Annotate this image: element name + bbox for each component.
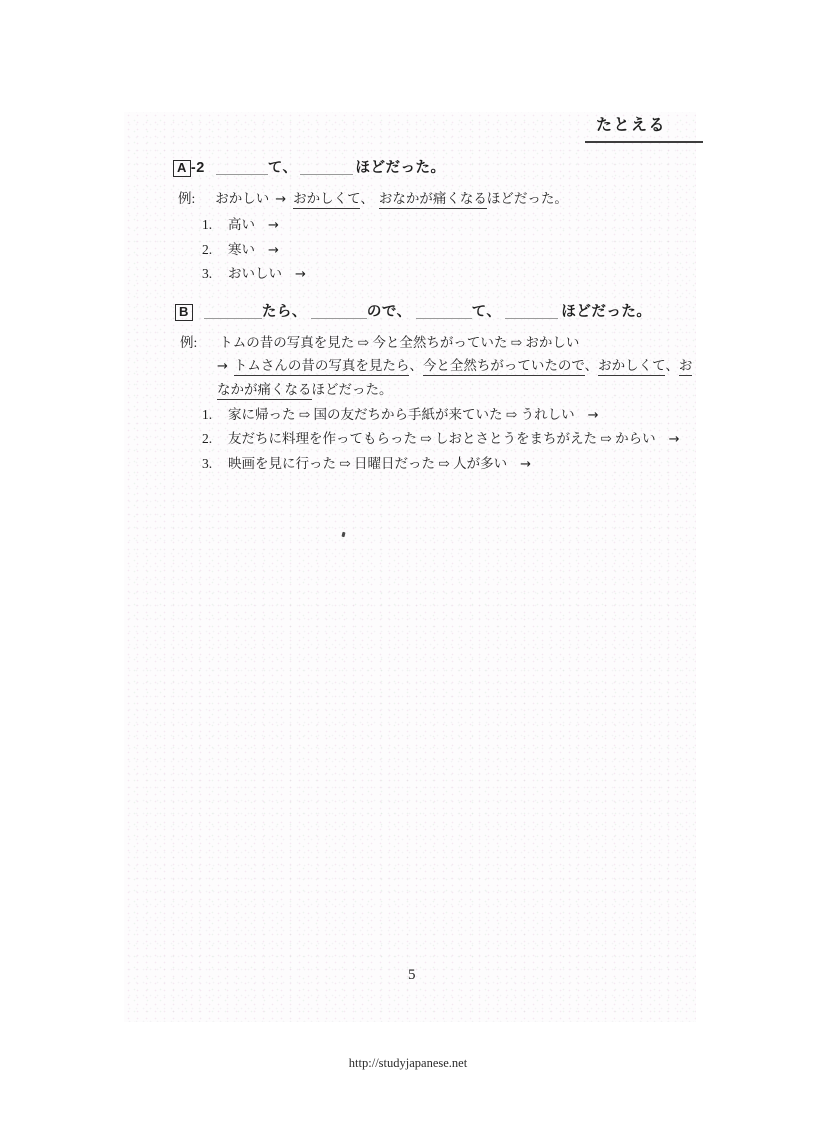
- page-number: 5: [408, 966, 416, 985]
- comma: 、: [409, 358, 423, 373]
- example-label: 例:: [180, 335, 197, 350]
- item-number: 2.: [202, 431, 214, 448]
- fill-in-blank: [216, 160, 268, 175]
- comma: 、: [585, 358, 599, 373]
- pattern-text: て、: [268, 160, 298, 176]
- item-text: 家に帰った ⇨ 国の友だちから手紙が来ていた ⇨ うれしい: [228, 407, 575, 422]
- example-answer-part: おかしくて: [293, 191, 360, 209]
- page-header: たとえる: [585, 114, 703, 143]
- document-page: たとえる A-2て、ほどだった。 例:おかしい→おかしくて、おなかが痛くなるほど…: [0, 0, 816, 1123]
- section-b-pattern-line: Bたら、ので、て、ほどだった。: [175, 303, 651, 321]
- comma: 、: [360, 191, 374, 206]
- fill-in-blank: [505, 304, 558, 319]
- pattern-text: ほどだった。: [561, 304, 651, 320]
- example-answer-part: おなかが痛くなる: [379, 191, 487, 209]
- example-answer-part: トムさんの昔の写真を見たら: [234, 358, 410, 376]
- exercise-item-a2: 2.寒い→: [202, 242, 279, 259]
- item-number: 2.: [202, 242, 214, 259]
- pattern-text: て、: [472, 304, 502, 320]
- example-answer-part: なかが痛くなる: [217, 382, 312, 400]
- section-a-example: 例:おかしい→おかしくて、おなかが痛くなるほどだった。: [178, 191, 568, 208]
- exercise-item-a1: 1.高い→: [202, 217, 279, 234]
- right-arrow-icon: →: [217, 359, 228, 374]
- section-b-example-line1: 例:トムの昔の写真を見た ⇨ 今と全然ちがっていた ⇨ おかしい: [180, 335, 579, 352]
- example-source: おかしい: [215, 191, 269, 206]
- right-arrow-icon: →: [295, 267, 306, 282]
- section-b-example-line2: →トムさんの昔の写真を見たら、今と全然ちがっていたので、おかしくて、お: [217, 358, 692, 375]
- item-text: 友だちに料理を作ってもらった ⇨ しおとさとうをまちがえた ⇨ からい: [228, 431, 656, 446]
- example-label: 例:: [178, 191, 195, 206]
- section-a-number: -2: [191, 160, 205, 176]
- right-arrow-icon: →: [588, 408, 599, 423]
- section-b-label: B: [175, 304, 193, 321]
- example-answer-part: 今と全然ちがっていたので: [423, 358, 585, 376]
- exercise-item-b3: 3.映画を見に行った ⇨ 日曜日だった ⇨ 人が多い→: [202, 456, 531, 473]
- exercise-item-a3: 3.おいしい→: [202, 266, 306, 283]
- example-tail: ほどだった。: [312, 382, 393, 397]
- pattern-text: ほどだった。: [356, 160, 446, 176]
- example-source: トムの昔の写真を見た ⇨ 今と全然ちがっていた ⇨ おかしい: [219, 335, 579, 350]
- right-arrow-icon: →: [275, 192, 286, 207]
- footer-url: http://studyjapanese.net: [0, 1056, 816, 1071]
- item-text: 寒い: [228, 242, 255, 257]
- item-number: 1.: [202, 407, 214, 424]
- pattern-text: たら、: [262, 304, 307, 320]
- header-title: たとえる: [596, 117, 666, 134]
- item-text: 高い: [228, 217, 255, 232]
- section-b-example-line3: なかが痛くなるほどだった。: [217, 382, 393, 399]
- item-text: 映画を見に行った ⇨ 日曜日だった ⇨ 人が多い: [228, 456, 507, 471]
- section-a-pattern-line: A-2て、ほどだった。: [173, 159, 446, 177]
- fill-in-blank: [204, 304, 262, 319]
- fill-in-blank: [300, 160, 353, 175]
- right-arrow-icon: →: [268, 218, 279, 233]
- fill-in-blank: [311, 304, 367, 319]
- right-arrow-icon: →: [268, 243, 279, 258]
- pattern-text: ので、: [367, 304, 412, 320]
- item-number: 3.: [202, 266, 214, 283]
- example-answer-part: おかしくて: [598, 358, 665, 376]
- section-a-label: A: [173, 160, 191, 177]
- fill-in-blank: [416, 304, 472, 319]
- item-number: 1.: [202, 217, 214, 234]
- item-number: 3.: [202, 456, 214, 473]
- example-answer-part: お: [679, 358, 693, 376]
- right-arrow-icon: →: [669, 432, 680, 447]
- comma: 、: [665, 358, 679, 373]
- exercise-item-b1: 1.家に帰った ⇨ 国の友だちから手紙が来ていた ⇨ うれしい→: [202, 407, 599, 424]
- item-text: おいしい: [228, 266, 282, 281]
- exercise-item-b2: 2.友だちに料理を作ってもらった ⇨ しおとさとうをまちがえた ⇨ からい→: [202, 431, 680, 448]
- example-tail: ほどだった。: [487, 191, 568, 206]
- right-arrow-icon: →: [520, 457, 531, 472]
